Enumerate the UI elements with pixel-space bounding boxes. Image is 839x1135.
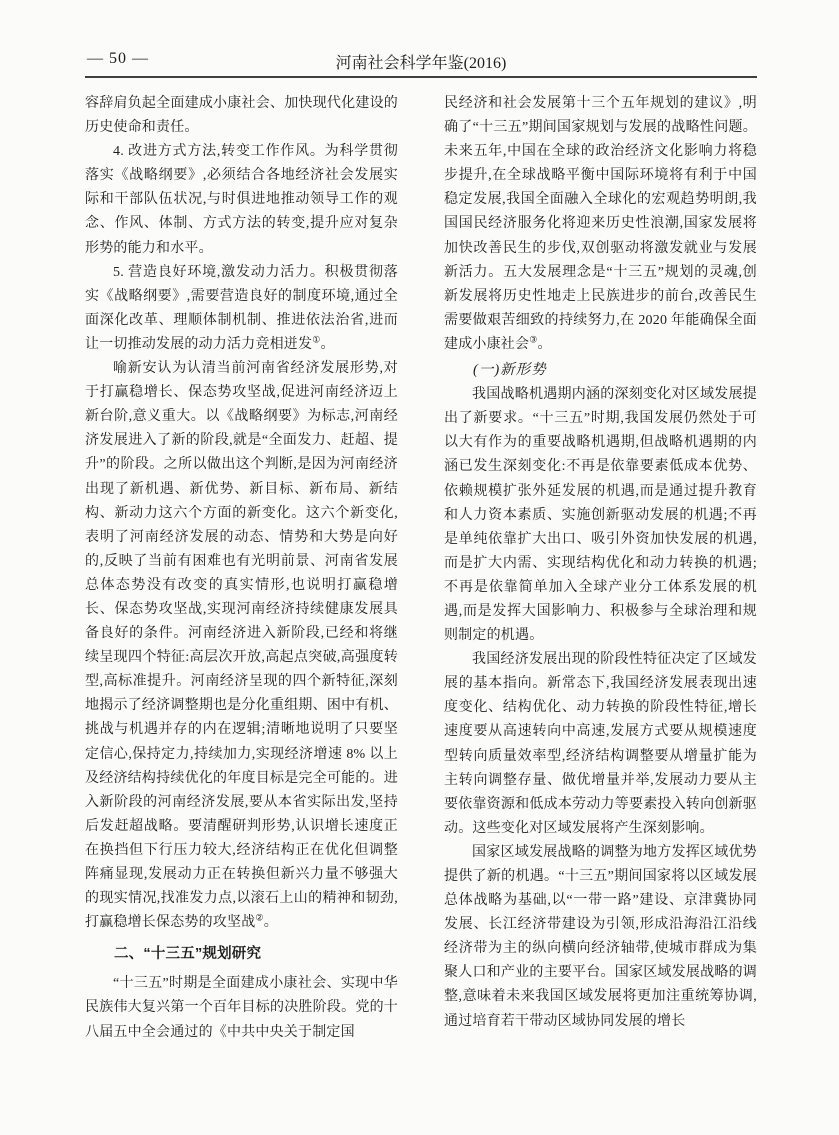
running-head: — 50 — 河南社会科学年鉴(2016) bbox=[85, 48, 757, 74]
footnote-marker: ② bbox=[255, 913, 263, 923]
right-column: 民经济和社会发展第十三个五年规划的建议》,明确了“十三五”期间国家规划与发展的战… bbox=[444, 92, 757, 1045]
paragraph-continuation: 容辞肩负起全面建成小康社会、加快现代化建设的历史使命和责任。 bbox=[85, 92, 398, 140]
paragraph: 喻新安认为认清当前河南省经济发展形势,对于打赢稳增长、保态势攻坚战,促进河南经济… bbox=[85, 357, 398, 935]
paragraph: 4. 改进方式方法,转变工作作风。为科学贯彻落实《战略纲要》,必须结合各地经济社… bbox=[85, 140, 398, 260]
header-divider bbox=[85, 76, 757, 78]
section-heading: 二、“十三五”规划研究 bbox=[85, 942, 398, 966]
paragraph: 我国经济发展出现的阶段性特征决定了区域发展的基本指向。新常态下,我国经济发展表现… bbox=[444, 648, 757, 841]
text-columns: 容辞肩负起全面建成小康社会、加快现代化建设的历史使命和责任。4. 改进方式方法,… bbox=[85, 92, 757, 1045]
subsection-heading: (一)新形势 bbox=[444, 358, 757, 382]
left-column: 容辞肩负起全面建成小康社会、加快现代化建设的历史使命和责任。4. 改进方式方法,… bbox=[85, 92, 398, 1045]
paragraph: 国家区域发展战略的调整为地方发挥区域优势提供了新的机遇。“十三五”期间国家将以区… bbox=[444, 841, 757, 1034]
paragraph: 5. 营造良好环境,激发动力活力。积极贯彻落实《战略纲要》,需要营造良好的制度环… bbox=[85, 261, 398, 357]
paragraph: “十三五”时期是全面建成小康社会、实现中华民族伟大复兴第一个百年目标的决胜阶段。… bbox=[85, 972, 398, 1044]
paragraph: 我国战略机遇期内涵的深刻变化对区域发展提出了新要求。“十三五”时期,我国发展仍然… bbox=[444, 383, 757, 648]
footnote-marker: ① bbox=[312, 334, 320, 344]
scanned-document-page: — 50 — 河南社会科学年鉴(2016) 容辞肩负起全面建成小康社会、加快现代… bbox=[0, 0, 839, 1135]
journal-title: 河南社会科学年鉴(2016) bbox=[85, 50, 757, 73]
paragraph-continuation: 民经济和社会发展第十三个五年规划的建议》,明确了“十三五”期间国家规划与发展的战… bbox=[444, 92, 757, 357]
footnote-marker: ③ bbox=[529, 334, 537, 344]
